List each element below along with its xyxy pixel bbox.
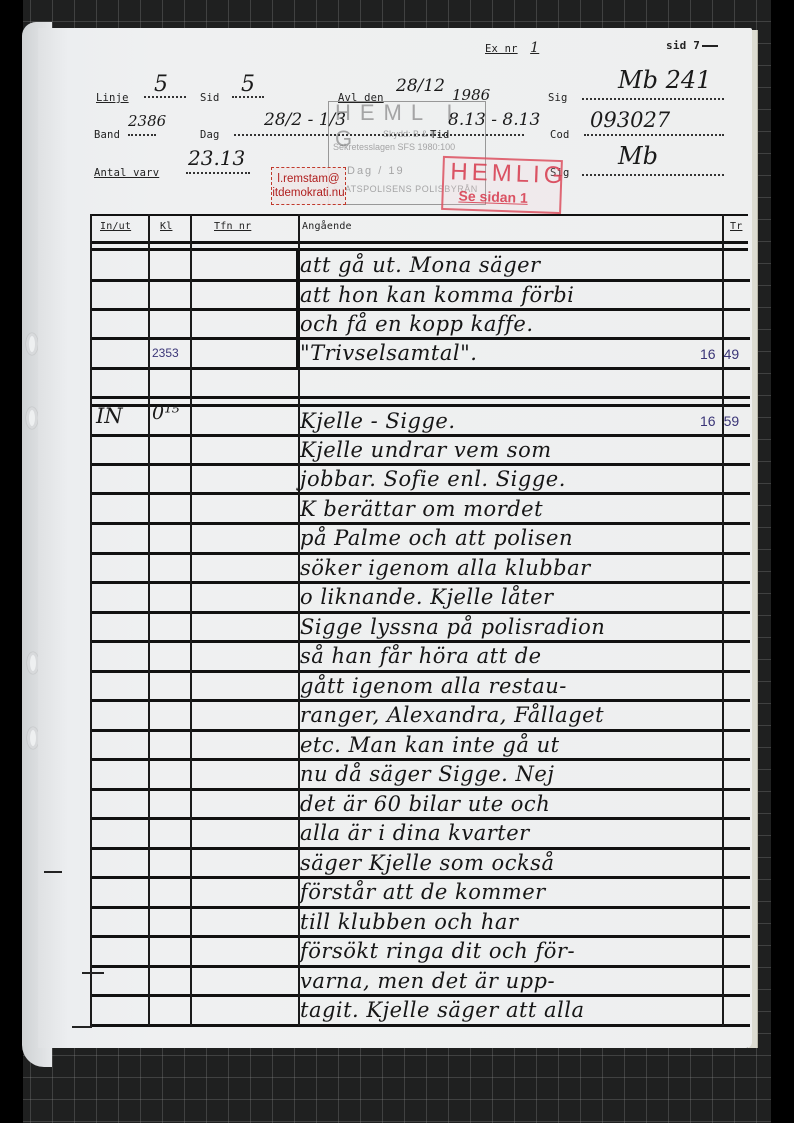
transcript-line: ranger, Alexandra, Fållaget [300,700,730,730]
transcript-line: Sigge lyssna på polisradion [300,612,730,642]
transcript-line: o liknande. Kjelle låter [300,582,730,612]
transcript-line: "Trivselsamtal". [300,338,730,368]
transcript-line: så han får höra att de [300,641,730,671]
document-page: Ex nr 1 sid 7 Linje 5 Sid 5 Avl den 28/1… [38,28,752,1048]
left-black-border [0,0,23,1123]
binder-ring-2 [26,407,38,429]
time-minute: 59 [724,413,740,429]
transcript-line: försökt ringa dit och för- [300,936,730,966]
kl-cell: 2353 [152,346,179,360]
transcript-line: Kjelle - Sigge. [300,406,730,436]
transcript-line: säger Kjelle som också [300,848,730,878]
row-line [90,396,750,399]
transcript-line: K berättar om mordet [300,494,730,524]
transcript-line: etc. Man kan inte gå ut [300,730,730,760]
transcript-line: alla är i dina kvarter [300,818,730,848]
col-border-tfn [190,214,192,1026]
transcript-line: nu då säger Sigge. Nej [300,759,730,789]
transcript-line: att gå ut. Mona säger [300,250,730,280]
transcript-line: på Palme och att polisen [300,523,730,553]
transcript-line: till klubben och har [300,907,730,937]
transcript-line: tagit. Kjelle säger att alla [300,995,730,1025]
time-minute: 49 [724,346,740,362]
transcript-line: förstår att de kommer [300,877,730,907]
col-header-kl: Kl [160,221,172,232]
margin-bracket [296,250,300,368]
binder-ring-1 [26,333,38,355]
transcript-line: och få en kopp kaffe. [300,309,730,339]
col-header-in-ut: In/ut [100,221,131,232]
transcript-line: jobbar. Sofie enl. Sigge. [300,464,730,494]
time-cell: 1649 [700,346,740,362]
transcript-line: att hon kan komma förbi [300,280,730,310]
col-header-tr: Tr [730,221,742,232]
transcript-line: det är 60 bilar ute och [300,789,730,819]
margin-mark [72,1026,92,1028]
col-border-left [90,214,92,1026]
kl-cell: 0¹⁵ [152,402,179,424]
time-cell: 1659 [700,413,740,429]
transcript-line: söker igenom alla klubbar [300,553,730,583]
col-header-angaende: Angående [302,221,352,232]
margin-mark [44,871,62,873]
in-ut-cell: IN [96,404,123,428]
time-hour: 16 [700,413,716,429]
transcript-line: gått igenom alla restau- [300,671,730,701]
time-hour: 16 [700,346,716,362]
table-top-border [90,214,748,216]
col-border-kl [148,214,150,1026]
col-header-tfn-nr: Tfn nr [214,221,251,232]
transcript-line: varna, men det är upp- [300,966,730,996]
margin-mark [82,972,104,974]
header-bottom-line [90,241,748,244]
transcript-line: Kjelle undrar vem som [300,435,730,465]
right-black-border [771,0,794,1123]
